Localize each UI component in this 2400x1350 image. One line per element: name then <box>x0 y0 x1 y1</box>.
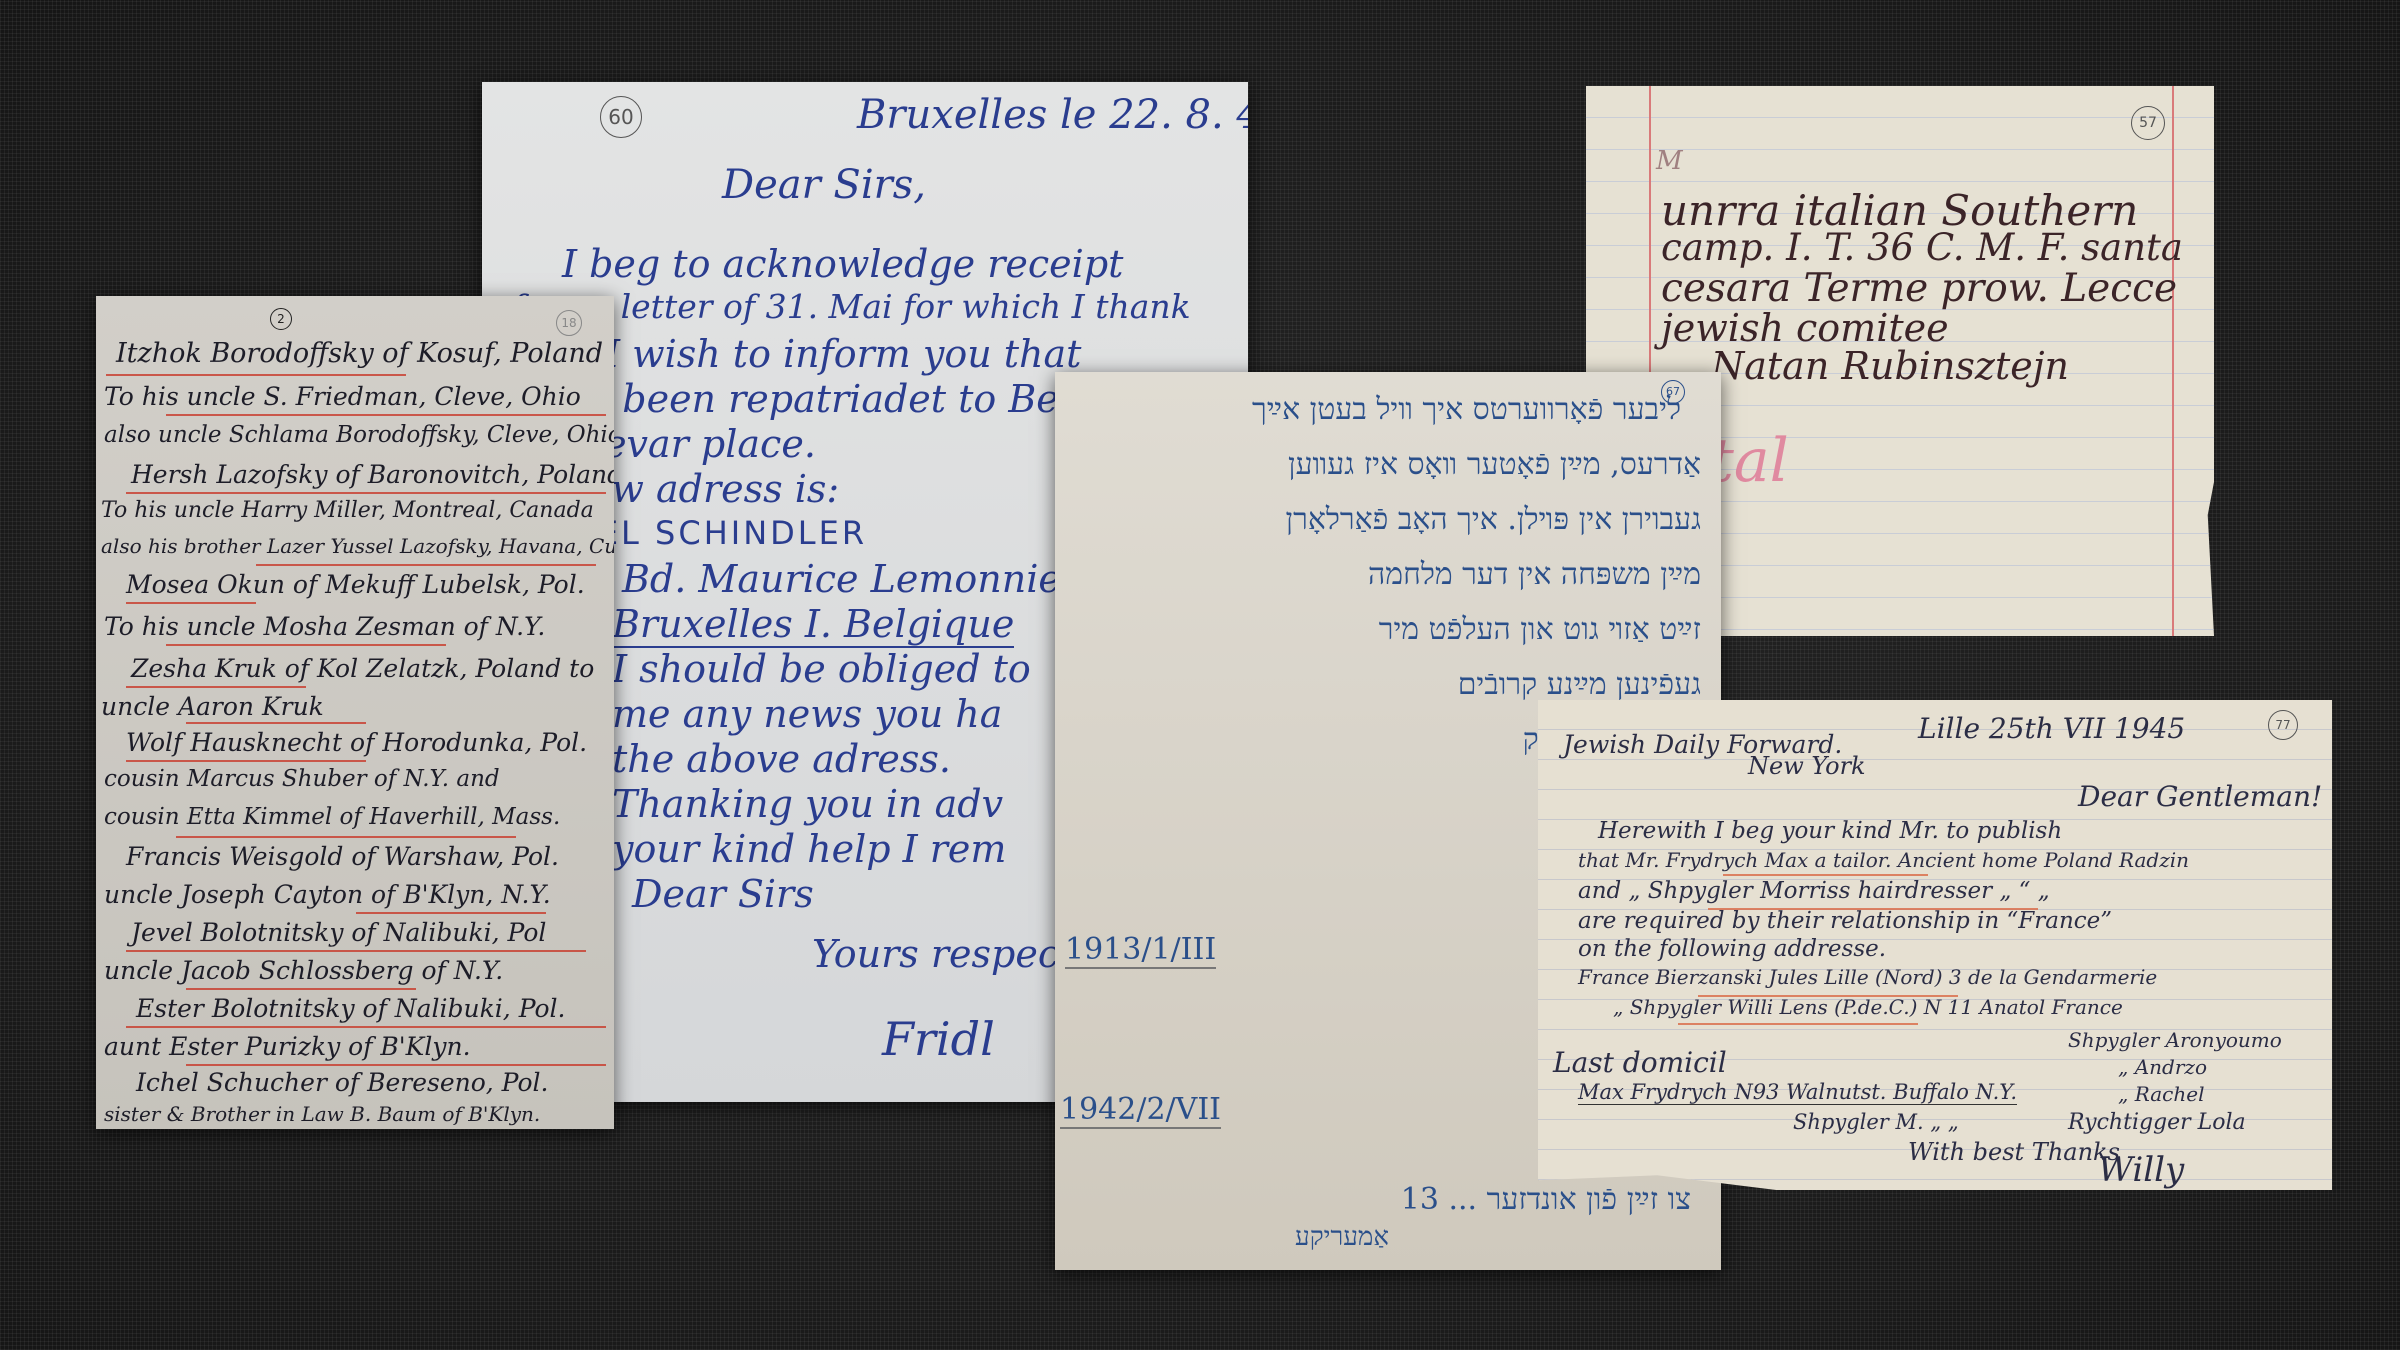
relative-name: „ Rachel <box>2118 1082 2204 1106</box>
letter-line: I should be obliged to <box>612 647 1031 691</box>
relative-line: also uncle Schlama Borodoffsky, Cleve, O… <box>104 422 614 448</box>
letter-line: me any news you ha <box>612 692 1002 736</box>
body-line: and „ Shpygler Morriss hairdresser „ “ „ <box>1578 878 2050 904</box>
closing: With best Thanks <box>1908 1138 2120 1166</box>
page-number-badge: 60 <box>600 96 642 138</box>
page-number-badge: 57 <box>2131 106 2165 140</box>
seeker-line: Mosea Okun of Mekuff Lubelsk, Pol. <box>126 570 585 599</box>
domicil-line: Shpygler M. „ „ <box>1793 1110 1959 1134</box>
page-number-badge: 77 <box>2268 710 2298 740</box>
signature: Willy <box>2098 1150 2184 1190</box>
relative-name: Shpygler Aronyoumo <box>2068 1028 2282 1052</box>
address-line: cesara Terme prow. Lecce <box>1661 266 2177 311</box>
salutation: Dear Sirs, <box>722 162 926 208</box>
relative-line: To his uncle Harry Miller, Montreal, Can… <box>101 498 594 523</box>
address-line: Bd. Maurice Lemonnier <box>622 557 1079 601</box>
letter-line: זײַט אַזױ גוט און העלפֿט מיר <box>1075 612 1701 647</box>
relative-line: cousin Etta Kimmel of Haverhill, Mass. <box>104 804 560 830</box>
relative-line: cousin Marcus Shuber of N.Y. and <box>104 766 500 792</box>
date-1942: 1942/2/VII <box>1060 1092 1221 1129</box>
body-line: are required by their relationship in “F… <box>1578 908 2112 934</box>
signature: Fridl <box>882 1012 995 1066</box>
relative-line: sister & Brother in Law B. Baum of B'Kly… <box>104 1102 540 1126</box>
closing: Yours respec <box>812 932 1059 976</box>
letter-line: מײַן משפּחה אין דער מלחמה <box>1075 557 1701 592</box>
closing-salutation: Dear Sirs <box>632 872 814 916</box>
relative-line: aunt Ester Purizky of B'Klyn. <box>104 1032 471 1061</box>
seeker-line: Ester Bolotnitsky of Nalibuki, Pol. <box>136 994 566 1023</box>
salutation: Dear Gentleman! <box>2078 780 2322 813</box>
letter-line: צו זײַן פֿון אונדזער ... 13 <box>1075 1182 1691 1217</box>
document-lille-letter: Lille 25th VII 1945 77 Jewish Daily Forw… <box>1538 700 2332 1190</box>
address-line: camp. I. T. 36 C. M. F. santa <box>1661 226 2183 269</box>
sender-name: Natan Rubinsztejn <box>1711 344 2069 388</box>
letter-line: your kind help I rem <box>612 827 1006 871</box>
last-domicil-label: Last domicil <box>1553 1046 1727 1079</box>
relative-line: also his brother Lazer Yussel Lazofsky, … <box>101 534 614 558</box>
address-line: France Bierzanski Jules Lille (Nord) 3 d… <box>1578 965 2157 989</box>
letter-line: ליבער פֿאָרווערטס איך װיל בעטן אײַך <box>1075 392 1681 427</box>
letter-line: Thanking you in adv <box>612 782 1003 826</box>
document-relatives-list: 2 18 Itzhok Borodoffsky of Kosuf, Poland… <box>96 296 614 1129</box>
letter-line: the above adress. <box>612 737 951 781</box>
seeker-line: Wolf Hausknecht of Horodunka, Pol. <box>126 728 587 757</box>
body-line: that Mr. Frydrych Max a tailor. Ancient … <box>1578 848 2189 872</box>
place-date: Lille 25th VII 1945 <box>1918 712 2185 745</box>
place-date: Bruxelles le 22. 8. 45. <box>857 92 1248 138</box>
letter-line: געבוירן אין פּױלן. איך האָב פֿאַרלאָרן <box>1075 502 1701 537</box>
domicil-line: Max Frydrych N93 Walnutst. Buffalo N.Y. <box>1578 1080 2017 1105</box>
address-line: Bruxelles I. Belgique <box>612 602 1014 648</box>
relative-line: uncle Jacob Schlossberg of N.Y. <box>104 956 503 985</box>
seeker-line: Hersh Lazofsky of Baronovitch, Poland <box>131 460 614 489</box>
letter-line: I beg to acknowledge receipt <box>562 242 1123 286</box>
seeker-line: Ichel Schucher of Bereseno, Pol. <box>136 1068 548 1097</box>
page-number-badge: 2 <box>270 308 292 330</box>
seeker-line: Francis Weisgold of Warshaw, Pol. <box>126 842 559 871</box>
addressee-city: New York <box>1748 752 1866 780</box>
relative-line: uncle Aaron Kruk <box>101 692 324 721</box>
margin-mark: M <box>1656 146 1683 176</box>
relative-name: „ Andrzo <box>2118 1055 2207 1079</box>
relative-line: uncle Joseph Cayton of B'Klyn, N.Y. <box>104 880 551 909</box>
date-1913: 1913/1/III <box>1065 932 1216 969</box>
body-line: on the following addresse. <box>1578 936 1886 962</box>
relative-line: To his uncle S. Friedman, Cleve, Ohio <box>104 382 581 411</box>
seeker-line: Zesha Kruk of Kol Zelatzk, Poland to <box>131 654 594 683</box>
relative-line: To his uncle Mosha Zesman of N.Y. <box>104 612 545 641</box>
body-line: Herewith I beg your kind Mr. to publish <box>1598 818 2062 844</box>
page-number-corner: 18 <box>556 310 582 336</box>
final-word: אַמעריקע <box>1295 1222 1389 1252</box>
letter-line: געפֿינען מײַנע קרובֿים <box>1075 667 1701 702</box>
letter-line: אַדרעס, מײַן פֿאָטער װאָס איז געװען <box>1075 447 1701 482</box>
seeker-line: Jevel Bolotnitsky of Nalibuki, Pol <box>131 918 546 947</box>
seeker-line: Itzhok Borodoffsky of Kosuf, Poland <box>116 338 603 369</box>
relative-name: Rychtigger Lola <box>2068 1110 2246 1135</box>
address-line: „ Shpygler Willi Lens (P.de.C.) N 11 Ana… <box>1613 995 2123 1019</box>
